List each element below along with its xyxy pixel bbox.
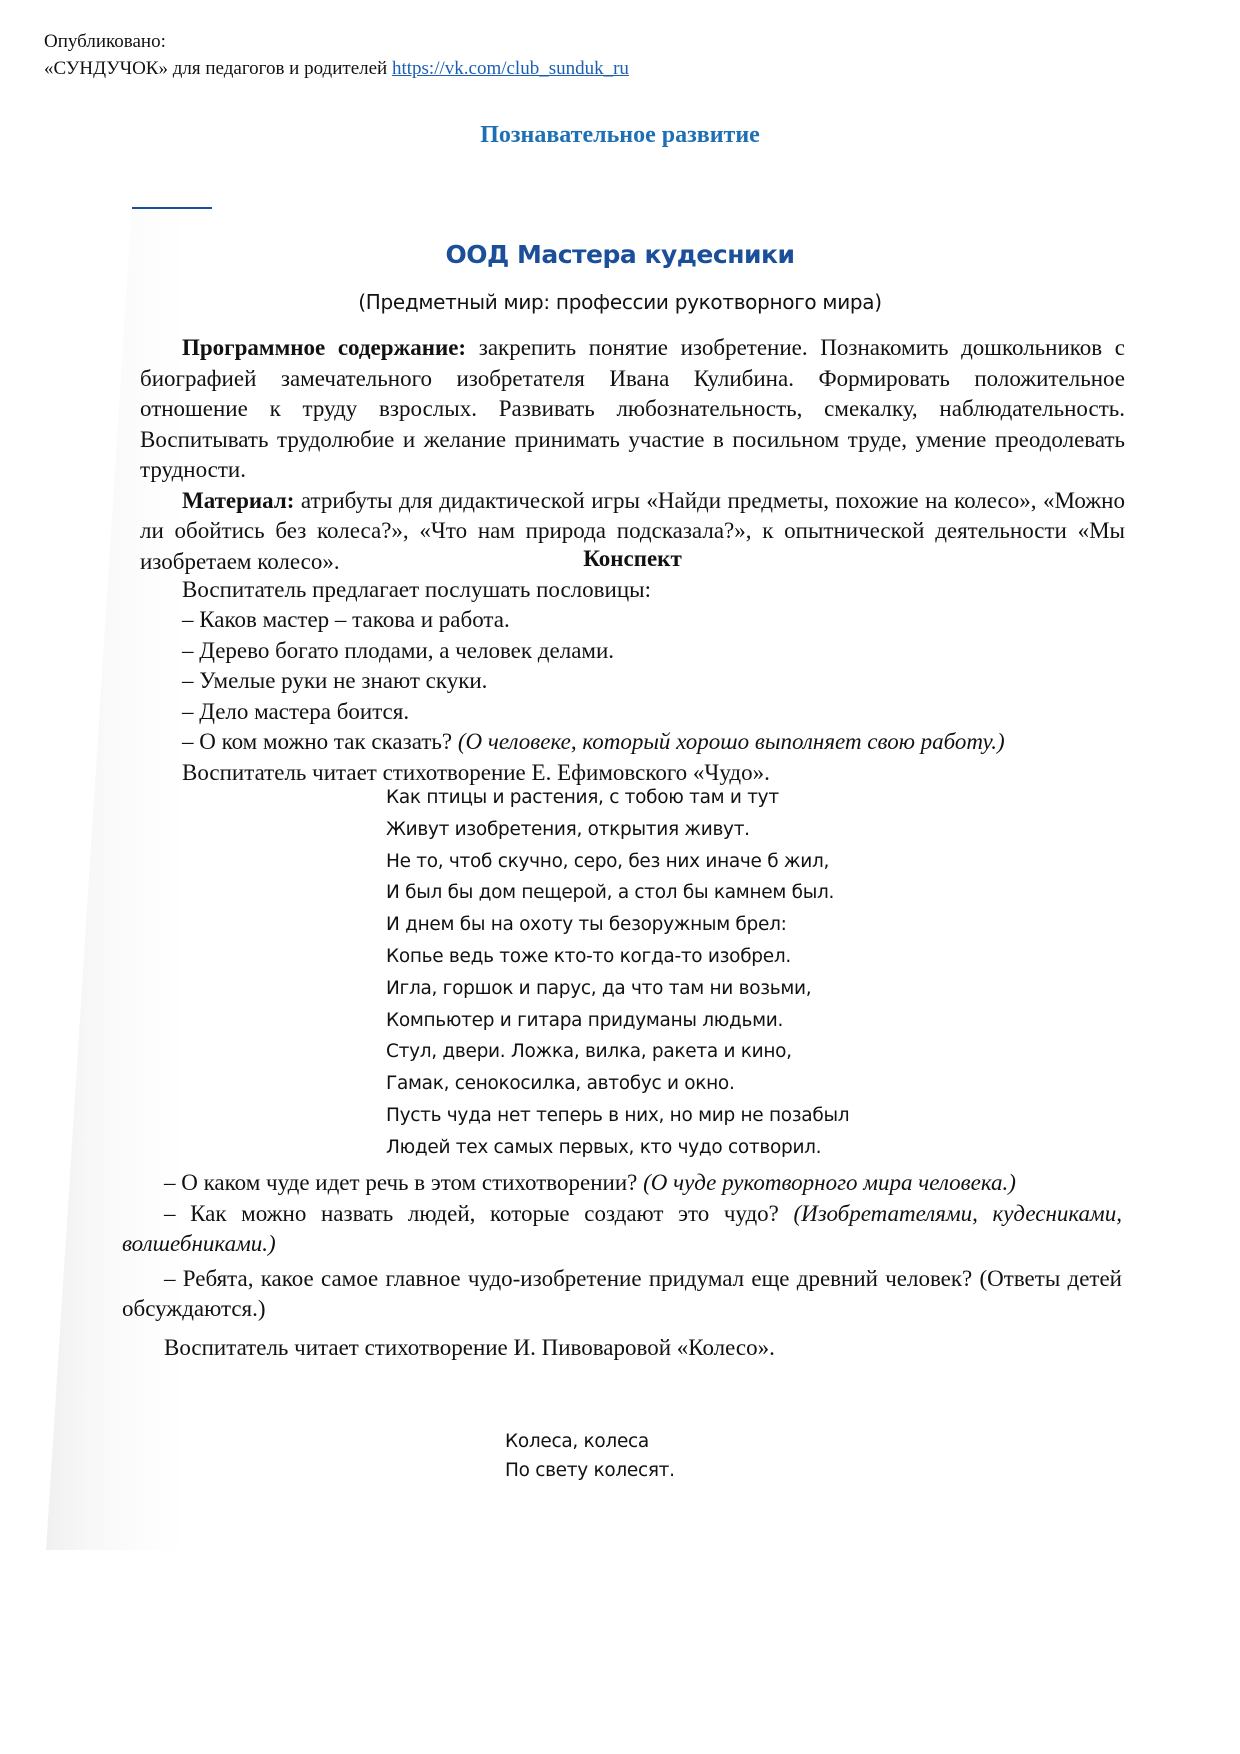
program-label: Программное содержание: bbox=[182, 335, 466, 360]
poem2-intro: Воспитатель читает стихотворение И. Пиво… bbox=[122, 1333, 1122, 1364]
konspekt-heading: Конспект bbox=[140, 544, 1125, 575]
question-paragraph: – Ребята, какое самое главное чудо-изобр… bbox=[122, 1264, 1122, 1325]
poem-line: Живут изобретения, открытия живут. bbox=[386, 814, 849, 846]
poem-chudo: Как птицы и растения, с тобою там и тут … bbox=[386, 782, 849, 1164]
poem-line: Не то, чтоб скучно, серо, без них иначе … bbox=[386, 846, 849, 878]
poem-line: Колеса, колеса bbox=[505, 1427, 675, 1456]
poem-line: Гамак, сенокосилка, автобус и окно. bbox=[386, 1068, 849, 1100]
proverb: – Умелые руки не знают скуки. bbox=[140, 666, 1125, 697]
lesson-title: ООД Мастера кудесники bbox=[0, 240, 1240, 269]
source-link[interactable]: https://vk.com/club_sunduk_ru bbox=[392, 58, 629, 79]
material-label: Материал: bbox=[182, 488, 294, 513]
published-label: Опубликовано: bbox=[44, 28, 629, 55]
source-text: «СУНДУЧОК» для педагогов и родителей bbox=[44, 58, 387, 79]
question-paragraph: – Как можно назвать людей, которые созда… bbox=[122, 1199, 1122, 1260]
question-paragraph: – О ком можно так сказать? (О человеке, … bbox=[140, 727, 1125, 758]
poem-line: И был бы дом пещерой, а стол бы камнем б… bbox=[386, 877, 849, 909]
discussion-block: – О каком чуде идет речь в этом стихотво… bbox=[122, 1168, 1122, 1363]
konspekt-block: Конспект Воспитатель предлагает послушат… bbox=[140, 544, 1125, 788]
lesson-subtitle: (Предметный мир: профессии рукотворного … bbox=[0, 290, 1240, 314]
poem-line: Пусть чуда нет теперь в них, но мир не п… bbox=[386, 1100, 849, 1132]
proverbs-intro: Воспитатель предлагает послушать послови… bbox=[140, 575, 1125, 606]
poem-line: И днем бы на охоту ты безоружным брел: bbox=[386, 909, 849, 941]
program-paragraph: Программное содержание: закрепить поняти… bbox=[140, 333, 1125, 486]
proverb: – Дерево богато плодами, а человек делам… bbox=[140, 636, 1125, 667]
question-text: – Как можно назвать людей, которые созда… bbox=[164, 1201, 794, 1226]
proverb: – Дело мастера боится. bbox=[140, 697, 1125, 728]
question-text: – О ком можно так сказать? bbox=[182, 729, 458, 754]
poem-line: Копье ведь тоже кто-то когда-то изобрел. bbox=[386, 941, 849, 973]
poem-line: Игла, горшок и парус, да что там ни возь… bbox=[386, 973, 849, 1005]
question-answer: (О человеке, который хорошо выполняет св… bbox=[458, 729, 1005, 754]
decorative-rule bbox=[132, 207, 212, 209]
lesson-intro-block: Программное содержание: закрепить поняти… bbox=[140, 333, 1125, 577]
proverb: – Каков мастер – такова и работа. bbox=[140, 605, 1125, 636]
section-title: Познавательное развитие bbox=[0, 122, 1240, 149]
question-paragraph: – О каком чуде идет речь в этом стихотво… bbox=[122, 1168, 1122, 1199]
poem-line: Стул, двери. Ложка, вилка, ракета и кино… bbox=[386, 1036, 849, 1068]
poem-line: По свету колесят. bbox=[505, 1456, 675, 1485]
question-answer: (О чуде рукотворного мира человека.) bbox=[643, 1170, 1016, 1195]
source-line: «СУНДУЧОК» для педагогов и родителей htt… bbox=[44, 55, 629, 82]
poem-line: Как птицы и растения, с тобою там и тут bbox=[386, 782, 849, 814]
poem-line: Людей тех самых первых, кто чудо сотвори… bbox=[386, 1132, 849, 1164]
question-text: – О каком чуде идет речь в этом стихотво… bbox=[164, 1170, 643, 1195]
poem-koleso: Колеса, колеса По свету колесят. bbox=[505, 1427, 675, 1485]
publication-header: Опубликовано: «СУНДУЧОК» для педагогов и… bbox=[44, 28, 629, 82]
poem-line: Компьютер и гитара придуманы людьми. bbox=[386, 1005, 849, 1037]
